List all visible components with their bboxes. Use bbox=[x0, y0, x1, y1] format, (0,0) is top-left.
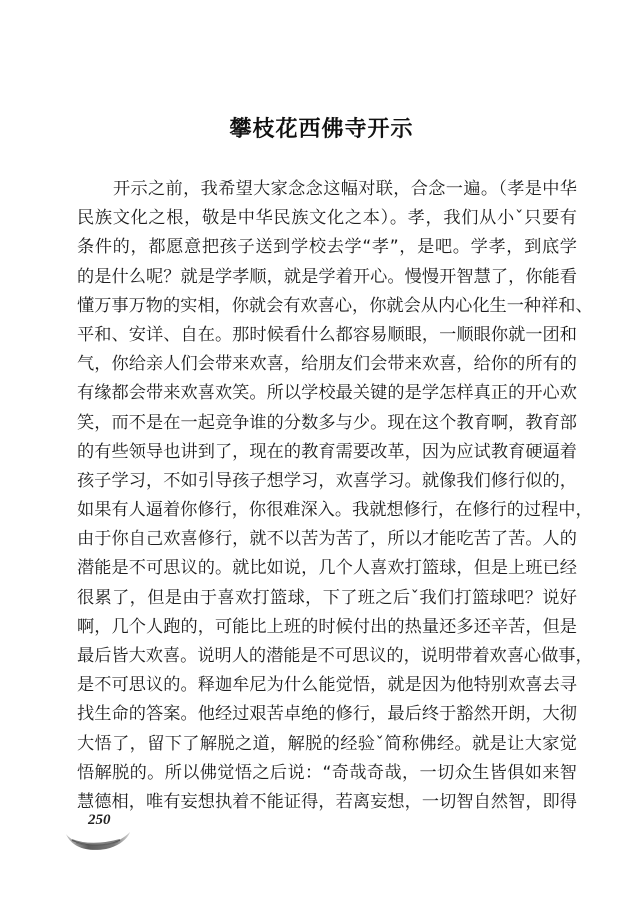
text-line: 有缘都会带来欢喜欢笑。所以学校最关键的是学怎样真正的开心欢 bbox=[77, 379, 577, 408]
text-line: 如果有人逼着你修行，你很难深入。我就想修行，在修行的过程中， bbox=[77, 496, 577, 525]
text-line: 民族文化之根，敬是中华民族文化之本）。孝，我们从小ˇ只要有 bbox=[77, 204, 577, 233]
brush-stroke-icon bbox=[58, 830, 138, 854]
text-line: 是不可思议的。释迦牟尼为什么能觉悟，就是因为他特别欢喜去寻 bbox=[77, 671, 577, 700]
text-line: 由于你自己欢喜修行，就不以苦为苦了，所以才能吃苦了苦。人的 bbox=[77, 525, 577, 554]
body-text: 开示之前，我希望大家念念这幅对联，合念一遍。（孝是中华 民族文化之根，敬是中华民… bbox=[77, 175, 577, 817]
text-line: 开示之前，我希望大家念念这幅对联，合念一遍。（孝是中华 bbox=[77, 175, 577, 204]
text-line: 懂万事万物的实相，你就会有欢喜心，你就会从内心化生一种祥和、 bbox=[77, 292, 577, 321]
text-line: 的有些领导也讲到了，现在的教育需要改革，因为应试教育硬逼着 bbox=[77, 438, 577, 467]
text-line: 悟解脱的。所以佛觉悟之后说：“奇哉奇哉，一切众生皆俱如来智 bbox=[77, 759, 577, 788]
text-line: 找生命的答案。他经过艰苦卓绝的修行，最后终于豁然开朗，大彻 bbox=[77, 700, 577, 729]
page-title: 攀枝花西佛寺开示 bbox=[0, 112, 643, 143]
text-line: 慧德相，唯有妄想执着不能证得，若离妄想，一切智自然智，即得 bbox=[77, 788, 577, 817]
text-line: 气，你给亲人们会带来欢喜，给朋友们会带来欢喜，给你的所有的 bbox=[77, 350, 577, 379]
text-line: 的是什么呢？就是学孝顺，就是学着开心。慢慢开智慧了，你能看 bbox=[77, 263, 577, 292]
book-page: 攀枝花西佛寺开示 开示之前，我希望大家念念这幅对联，合念一遍。（孝是中华 民族文… bbox=[0, 0, 643, 907]
text-line: 条件的，都愿意把孩子送到学校去学“孝”，是吧。学孝，到底学 bbox=[77, 233, 577, 262]
text-line: 最后皆大欢喜。说明人的潜能是不可思议的，说明带着欢喜心做事， bbox=[77, 642, 577, 671]
page-footer: 250 bbox=[58, 812, 138, 862]
text-line: 很累了，但是由于喜欢打篮球，下了班之后ˇ我们打篮球吧？说好 bbox=[77, 584, 577, 613]
text-line: 大悟了，留下了解脱之道，解脱的经验ˇ简称佛经。就是让大家觉 bbox=[77, 730, 577, 759]
text-line: 孩子学习，不如引导孩子想学习，欢喜学习。就像我们修行似的， bbox=[77, 467, 577, 496]
text-line: 潜能是不可思议的。就比如说，几个人喜欢打篮球，但是上班已经 bbox=[77, 554, 577, 583]
text-line: 平和、安详、自在。那时候看什么都容易顺眼，一顺眼你就一团和 bbox=[77, 321, 577, 350]
text-line: 笑，而不是在一起竞争谁的分数多与少。现在这个教育啊，教育部 bbox=[77, 409, 577, 438]
text-line: 啊，几个人跑的，可能比上班的时候付出的热量还多还辛苦，但是 bbox=[77, 613, 577, 642]
page-number: 250 bbox=[88, 812, 111, 829]
